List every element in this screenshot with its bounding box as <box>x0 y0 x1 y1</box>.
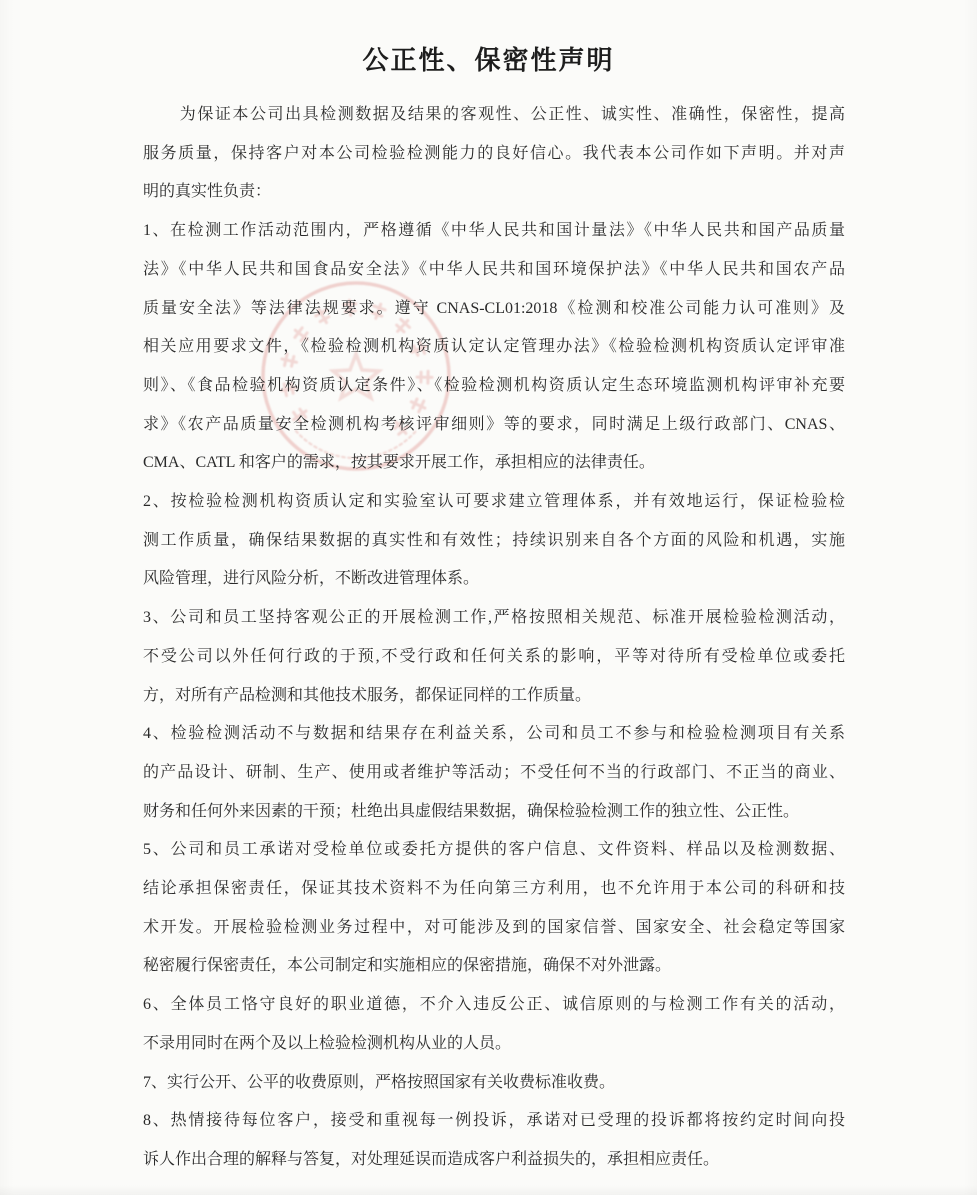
text-line: 6、全体员工恪守良好的职业道德，不介入违反公正、诚信原则的与检测工作有关的活动， <box>143 986 845 1025</box>
text-line: 秘密履行保密责任，本公司制定和实施相应的保密措施，确保不对外泄露。 <box>143 947 845 986</box>
text-line: 5、公司和员工承诺对受检单位或委托方提供的客户信息、文件资料、样品以及检测数据、 <box>143 831 845 870</box>
text-line: 3、公司和员工坚持客观公正的开展检测工作,严格按照相关规范、标准开展检验检测活动… <box>143 599 845 638</box>
text-line: 方，对所有产品检测和其他技术服务，都保证同样的工作质量。 <box>143 677 845 716</box>
paragraph: 3、公司和员工坚持客观公正的开展检测工作,严格按照相关规范、标准开展检验检测活动… <box>143 599 845 715</box>
page-title: 公正性、保密性声明 <box>0 0 977 78</box>
text-line: 术开发。开展检验检测业务过程中，对可能涉及到的国家信誉、国家安全、社会稳定等国家 <box>143 909 845 948</box>
text-line: 测工作质量，确保结果数据的真实性和有效性；持续识别来自各个方面的风险和机遇，实施 <box>143 522 845 561</box>
paragraph: 为保证本公司出具检测数据及结果的客观性、公正性、诚实性、准确性，保密性，提高服务… <box>143 96 845 212</box>
paragraph: 4、检验检测活动不与数据和结果存在利益关系，公司和员工不参与和检验检测项目有关系… <box>143 715 845 831</box>
text-line: 则》、《食品检验机构资质认定条件》、《检验检测机构资质认定生态环境监测机构评审补… <box>143 367 845 406</box>
text-line: 服务质量，保持客户对本公司检验检测能力的良好信心。我代表本公司作如下声明。并对声 <box>143 135 845 174</box>
text-line: 诉人作出合理的解释与答复，对处理延误而造成客户利益损失的，承担相应责任。 <box>143 1141 845 1180</box>
text-line: 不录用同时在两个及以上检验检测机构从业的人员。 <box>143 1025 845 1064</box>
paragraph: 7、实行公开、公平的收费原则，严格按照国家有关收费标准收费。 <box>143 1064 845 1103</box>
paragraph: 5、公司和员工承诺对受检单位或委托方提供的客户信息、文件资料、样品以及检测数据、… <box>143 831 845 986</box>
text-line: 法》《中华人民共和国食品安全法》《中华人民共和国环境保护法》《中华人民共和国农产… <box>143 251 845 290</box>
text-line: 为保证本公司出具检测数据及结果的客观性、公正性、诚实性、准确性，保密性，提高 <box>143 96 845 135</box>
text-line: 的产品设计、研制、生产、使用或者维护等活动；不受任何不当的行政部门、不正当的商业… <box>143 754 845 793</box>
paragraph: 6、全体员工恪守良好的职业道德，不介入违反公正、诚信原则的与检测工作有关的活动，… <box>143 986 845 1063</box>
text-line: 风险管理，进行风险分析，不断改进管理体系。 <box>143 560 845 599</box>
text-line: 求》《农产品质量安全检测机构考核评审细则》等的要求，同时满足上级行政部门、CNA… <box>143 406 845 445</box>
text-line: 4、检验检测活动不与数据和结果存在利益关系，公司和员工不参与和检验检测项目有关系 <box>143 715 845 754</box>
text-line: 2、按检验检测机构资质认定和实验室认可要求建立管理体系，并有效地运行，保证检验检 <box>143 483 845 522</box>
text-line: 1、在检测工作活动范围内，严格遵循《中华人民共和国计量法》《中华人民共和国产品质… <box>143 212 845 251</box>
document-body: 为保证本公司出具检测数据及结果的客观性、公正性、诚实性、准确性，保密性，提高服务… <box>143 96 845 1180</box>
text-line: 质量安全法》等法律法规要求。遵守 CNAS-CL01:2018《检测和校准公司能… <box>143 290 845 329</box>
text-line: 8、热情接待每位客户，接受和重视每一例投诉，承诺对已受理的投诉都将按约定时间向投 <box>143 1102 845 1141</box>
text-line: 不受公司以外任何行政的于预,不受行政和任何关系的影响，平等对待所有受检单位或委托 <box>143 638 845 677</box>
document-page: { "doc": { "title": "公正性、保密性声明", "paragr… <box>0 0 977 1195</box>
text-line: 财务和任何外来因素的干预；杜绝出具虚假结果数据，确保检验检测工作的独立性、公正性… <box>143 793 845 832</box>
text-line: 7、实行公开、公平的收费原则，严格按照国家有关收费标准收费。 <box>143 1064 845 1103</box>
paragraph: 2、按检验检测机构资质认定和实验室认可要求建立管理体系，并有效地运行，保证检验检… <box>143 483 845 599</box>
text-line: CMA、CATL 和客户的需求，按其要求开展工作，承担相应的法律责任。 <box>143 444 845 483</box>
paragraph: 8、热情接待每位客户，接受和重视每一例投诉，承诺对已受理的投诉都将按约定时间向投… <box>143 1102 845 1179</box>
paragraph: 1、在检测工作活动范围内，严格遵循《中华人民共和国计量法》《中华人民共和国产品质… <box>143 212 845 483</box>
text-line: 相关应用要求文件，《检验检测机构资质认定认定管理办法》《检验检测机构资质认定评审… <box>143 328 845 367</box>
text-line: 结论承担保密责任，保证其技术资料不为任向第三方利用，也不允许用于本公司的科研和技 <box>143 870 845 909</box>
text-line: 明的真实性负责： <box>143 173 845 212</box>
